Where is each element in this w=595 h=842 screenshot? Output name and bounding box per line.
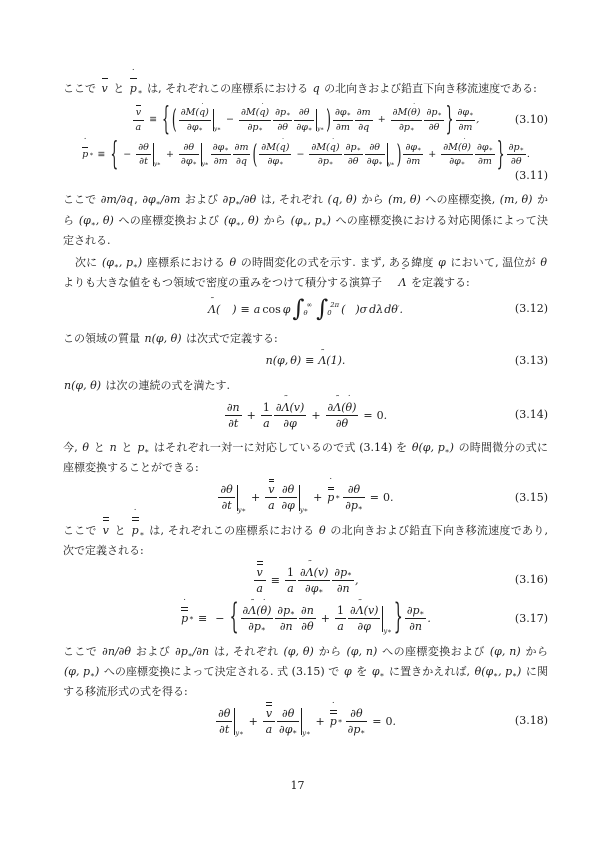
- text-run: を定義する:: [407, 276, 469, 289]
- math-symbol: ∂p: [318, 156, 329, 167]
- delimiter: }: [497, 138, 505, 170]
- math-symbol: θ: [290, 354, 297, 368]
- math-symbol: ): [327, 214, 331, 227]
- evaluation-bar-subscript: y∗: [154, 162, 161, 169]
- fraction: va: [254, 566, 266, 595]
- fraction-bar: [348, 618, 380, 619]
- fraction: ∂φ∗∂m: [333, 107, 353, 133]
- math-symbol: ∂m: [235, 142, 249, 153]
- inline-math: θ(φ∗, p∗): [475, 665, 522, 678]
- math-symbol: ∂φ: [405, 142, 417, 153]
- accent-mark: ˙: [201, 103, 205, 111]
- overbar-base: p: [327, 491, 334, 504]
- fraction-bar: [346, 721, 368, 722]
- inline-math: n(φ, θ): [64, 379, 101, 392]
- delimiter: ): [326, 107, 331, 133]
- fraction-numerator: ∂θ: [297, 107, 312, 118]
- inline-math: (φ∗, p∗): [102, 256, 142, 269]
- math-operator: =: [370, 491, 379, 505]
- paragraph: 今, θ と n と p∗ はそれぞれ一対一に対応しているので式 (3.14) …: [63, 439, 548, 476]
- fraction-denominator: ∂φ∗: [294, 122, 314, 133]
- inline-math: (φ, n): [490, 645, 521, 658]
- fraction-denominator: ∂φ: [281, 417, 298, 430]
- math-symbol: ∂t: [228, 417, 238, 430]
- text-run: は, それぞれ: [257, 193, 326, 206]
- fraction-denominator: ∂n: [278, 620, 295, 633]
- fraction-numerator: ∂Λ˜(v): [274, 401, 306, 414]
- math-symbol: φ: [283, 303, 291, 317]
- paragraph: ここで v と p˙∗ は, それぞれこの座標系における θ の北向きおよび鉛直…: [63, 522, 548, 559]
- math-symbol: a: [256, 582, 263, 595]
- fraction-denominator: a: [134, 122, 144, 133]
- equation-number: (3.12): [515, 303, 548, 317]
- math-symbol: .: [342, 354, 346, 368]
- math-operator: +: [251, 491, 260, 505]
- fraction: ∂p∗∂θ: [273, 107, 292, 133]
- math-symbol: a: [254, 303, 261, 317]
- fraction-numerator: ∂M(θ˙): [391, 107, 423, 118]
- math-symbol: θ: [230, 256, 237, 269]
- inline-math: (q, θ): [328, 193, 357, 206]
- math-symbol: ∂p: [407, 604, 420, 617]
- fraction-numerator: ∂p∗: [344, 142, 363, 153]
- evaluation-bar: y∗: [234, 708, 243, 734]
- fraction: 1a: [261, 401, 272, 430]
- inline-math: Λ˜: [387, 276, 407, 289]
- math-symbol: ∂θ: [301, 620, 313, 633]
- math-symbol: ∂p: [348, 723, 361, 736]
- integral: ∫2π0: [316, 298, 339, 321]
- subscript: ∗: [89, 151, 93, 159]
- fraction-numerator: ∂M(q˙): [309, 142, 341, 153]
- fraction-bar: [218, 497, 234, 498]
- fraction-denominator: a: [264, 723, 275, 736]
- math-symbol: ∂t: [222, 499, 232, 512]
- accent-mark: ˙: [331, 138, 335, 146]
- fraction-denominator: ∂φ∗: [303, 582, 325, 595]
- math-symbol: ∂θ: [350, 707, 362, 720]
- inline-math: p˙∗: [131, 524, 145, 537]
- equation-content: ∂n∂t+1a∂Λ˜(v)∂φ+∂Λ˜(θ˙)∂θ=0.: [224, 401, 387, 430]
- inline-math: (m, θ): [500, 193, 533, 206]
- fraction: ∂M(q˙)∂p∗: [309, 142, 341, 168]
- fraction-denominator: ∂t: [226, 417, 240, 430]
- fraction: ∂m∂q: [355, 107, 373, 133]
- fraction-bar: [279, 497, 296, 498]
- fraction-numerator: ∂M(q˙): [259, 142, 291, 153]
- subscript: ∗: [140, 529, 145, 538]
- subscript: ∗: [489, 146, 493, 153]
- fraction-denominator: ∂θ: [299, 620, 315, 633]
- fraction-numerator: ∂n: [225, 401, 242, 414]
- math-symbol: v: [103, 524, 109, 537]
- subscript: ∗: [417, 146, 421, 153]
- math-symbol: ∂p: [399, 122, 410, 133]
- math-symbol: ∂p: [275, 107, 286, 118]
- fraction-denominator: ∂p∗: [346, 723, 368, 736]
- fraction-denominator: ∂m: [476, 156, 494, 167]
- math-symbol: ∂θ: [429, 122, 440, 133]
- inline-math: v: [101, 82, 109, 95]
- math-symbol: ∂p: [509, 142, 520, 153]
- accent-mark: ˜: [358, 600, 362, 609]
- accented-symbol: Λ˜: [306, 566, 314, 579]
- fraction-bar: [216, 721, 232, 722]
- fraction-denominator: ∂n: [335, 582, 352, 595]
- overbar-line: [136, 105, 141, 106]
- math-symbol: .: [399, 303, 403, 317]
- subscript: ∗: [378, 160, 382, 167]
- fraction-denominator: a: [261, 417, 272, 430]
- fraction-numerator: ∂p∗: [424, 107, 443, 118]
- fraction-numerator: ∂θ: [280, 483, 296, 496]
- fraction-numerator: ∂φ∗: [475, 142, 495, 153]
- fraction-bar: [294, 120, 314, 121]
- fraction: ∂p∗∂n: [405, 604, 427, 633]
- math-symbol: v: [136, 107, 141, 118]
- math-symbol: p: [330, 715, 337, 728]
- equation-content: va≡1a∂Λ˜(v)∂φ∗∂p∗∂n,: [253, 566, 359, 595]
- overbar-line: [102, 78, 108, 79]
- equation-content: n(φ,θ)≡Λ˜(1).: [266, 354, 346, 368]
- math-symbol: (q, θ): [328, 193, 357, 206]
- delimiter: ): [397, 142, 402, 168]
- math-operator: +: [311, 409, 320, 423]
- overbar-term: v: [268, 483, 274, 496]
- math-symbol: p: [82, 149, 88, 160]
- math-symbol: ∂q: [236, 156, 247, 167]
- text-run: は次式で定義する:: [183, 332, 278, 345]
- inline-math: n: [110, 441, 117, 454]
- accented-symbol: Λ˜: [282, 401, 290, 414]
- math-symbol: v: [257, 566, 263, 579]
- accent-mark: ˜: [389, 269, 405, 278]
- fraction-bar: [299, 618, 316, 619]
- math-symbol: ∂θ: [277, 122, 288, 133]
- equation-number: (3.14): [515, 409, 548, 423]
- math-number: 1: [287, 566, 294, 579]
- fraction-bar: [333, 120, 353, 121]
- subscript: ∗: [138, 87, 143, 96]
- fraction-bar: [133, 120, 144, 121]
- math-symbol: /∂n: [193, 645, 209, 658]
- math-symbol: ∂θ: [282, 707, 294, 720]
- subscript: ∗: [380, 670, 385, 679]
- inline-math: θ(φ, p∗): [412, 441, 454, 454]
- subscript: ∗: [329, 160, 333, 167]
- math-symbol: ∂t: [219, 723, 229, 736]
- fraction-denominator: ∂p∗: [245, 122, 264, 133]
- math-symbol: a: [266, 723, 273, 736]
- math-symbol: p: [132, 524, 139, 537]
- fraction-denominator: ∂p∗: [397, 122, 416, 133]
- fraction-bar: [441, 154, 473, 155]
- accented-symbol: θ˙: [346, 401, 353, 414]
- fraction-bar: [355, 120, 373, 121]
- subscript: ∗: [286, 111, 290, 118]
- math-symbol: v: [102, 82, 108, 95]
- text-run: は, それぞれこの座標系における: [146, 524, 319, 537]
- text-run: は, それぞれ: [210, 645, 282, 658]
- math-symbol: q: [313, 82, 320, 95]
- text-run: から: [315, 645, 346, 658]
- overbar-term: p˙: [327, 491, 334, 505]
- text-run: よりも大きな値をもつ領域で密度の重みをつけて積分する演算子: [63, 276, 386, 289]
- overbar-line: [266, 702, 272, 703]
- fraction-denominator: ∂m: [456, 122, 474, 133]
- text-run: を: [353, 665, 371, 678]
- text-run: ここで: [63, 193, 100, 206]
- fraction: ∂φ∗∂m: [211, 142, 231, 168]
- subscript: ∗: [318, 587, 323, 596]
- text-run: は, それぞれこの座標系における: [144, 82, 312, 95]
- inline-math: ∂φ∗/∂m: [142, 193, 180, 206]
- fraction-numerator: ∂p∗: [507, 142, 526, 153]
- dot-accent: ˙: [133, 510, 138, 519]
- equation: p˙∗≡{−∂θ∂ty∗+∂θ∂φ∗y∗∂φ∗∂m∂m∂q(∂M(q˙)∂φ∗−…: [63, 142, 548, 183]
- overbar-base: p: [82, 149, 88, 160]
- math-symbol: ∂θ: [138, 142, 149, 153]
- math-symbol: p: [130, 82, 137, 95]
- text-run: 座標系における: [143, 256, 228, 269]
- math-symbol: ,: [355, 574, 359, 588]
- math-symbol: .: [390, 491, 394, 505]
- overbar-term: p˙: [330, 715, 337, 729]
- fraction-bar: [233, 154, 251, 155]
- inline-math: ∂p∗/∂n: [175, 645, 209, 658]
- fraction-numerator: ∂φ∗: [333, 107, 353, 118]
- subscript: ∗: [358, 504, 363, 513]
- math-symbol: ): [286, 142, 290, 153]
- fraction: ∂Λ˜(θ˙)∂p∗: [241, 604, 274, 633]
- fraction-denominator: ∂θ: [427, 122, 442, 133]
- paragraph: ここで ∂n/∂θ および ∂p∗/∂n は, それぞれ (φ, θ) から (…: [63, 643, 548, 700]
- math-symbol: (φ: [102, 256, 114, 269]
- math-symbol: v: [268, 483, 274, 496]
- fraction-denominator: ∂m: [334, 122, 352, 133]
- subscript: ∗: [279, 160, 283, 167]
- math-symbol: ∂θ: [282, 483, 294, 496]
- math-symbol: ∂θ: [220, 483, 232, 496]
- fraction-denominator: ∂φ: [279, 499, 296, 512]
- fraction-bar: [241, 618, 274, 619]
- equation: n(φ,θ)≡Λ˜(1).(3.13): [63, 354, 548, 368]
- accent-mark: ˜: [335, 396, 339, 405]
- fraction-denominator: ∂m: [212, 156, 230, 167]
- math-symbol: ∂θ: [336, 417, 348, 430]
- math-symbol: ∂φ: [358, 620, 371, 633]
- fraction-denominator: ∂p∗: [316, 156, 335, 167]
- math-symbol: ∂φ: [283, 417, 296, 430]
- math-operator: +: [378, 114, 386, 126]
- paragraph: ここで ∂m/∂q, ∂φ∗/∂m および ∂p∗/∂θ は, それぞれ (q,…: [63, 191, 548, 248]
- fraction: ∂Λ˜(v)∂φ: [348, 604, 380, 633]
- math-symbol: ∂M(: [443, 142, 461, 153]
- inline-math: v: [102, 524, 110, 537]
- fraction-denominator: ∂t: [217, 723, 231, 736]
- fraction-denominator: ∂φ∗: [277, 723, 299, 736]
- fraction-numerator: ∂φ∗: [403, 142, 423, 153]
- math-symbol: (φ, θ): [283, 645, 313, 658]
- text-run: と: [90, 441, 109, 454]
- accent-mark: ˜: [210, 298, 214, 307]
- math-symbol: ): [267, 604, 271, 617]
- fraction-numerator: v: [254, 566, 266, 579]
- math-symbol: φ: [277, 354, 285, 368]
- paragraph: この領域の質量 n(φ, θ) は次式で定義する:: [63, 330, 548, 347]
- overbar-base: p: [181, 612, 188, 625]
- math-symbol: n(φ, θ): [64, 379, 101, 392]
- math-symbol: v: [266, 707, 272, 720]
- math-symbol: φ: [344, 665, 352, 678]
- overbar-line: [181, 610, 188, 611]
- subscript: ∗: [520, 146, 524, 153]
- subscript: ∗: [144, 446, 149, 455]
- math-symbol: ∂θ: [348, 156, 359, 167]
- fraction-numerator: v: [263, 707, 275, 720]
- fraction-bar: [335, 618, 346, 619]
- fraction-numerator: ∂Λ˜(θ˙): [326, 401, 359, 414]
- equation-number: (3.16): [515, 574, 548, 588]
- overbar-base: p: [130, 82, 137, 95]
- math-operator: +: [249, 715, 258, 729]
- fraction: ∂p∗∂θ: [507, 142, 526, 168]
- overbar-line: [103, 520, 109, 521]
- accent-mark: ˙: [262, 600, 266, 609]
- math-operator: ≡: [198, 612, 207, 626]
- equation-number: (3.10): [515, 113, 548, 127]
- evaluation-bar: y∗: [301, 708, 310, 734]
- math-symbol: ∂n: [337, 582, 350, 595]
- evaluation-bar-subscript: y∗: [317, 127, 324, 134]
- subscript: ∗: [360, 728, 365, 737]
- fraction-denominator: ∂φ∗: [365, 156, 385, 167]
- math-symbol: ∂φ: [181, 156, 193, 167]
- math-symbol: ∂θ: [183, 142, 194, 153]
- math-symbol: ∂p: [334, 566, 347, 579]
- fraction: ∂θ∂φ∗: [277, 707, 299, 736]
- math-symbol: ∂p: [248, 620, 261, 633]
- math-symbol: ∂M(: [261, 142, 279, 153]
- overbar-line: [328, 489, 335, 490]
- math-operator: −: [296, 149, 304, 161]
- fraction: ∂φ∗∂m: [456, 107, 476, 133]
- subscript: ∗: [292, 728, 297, 737]
- subscript: ∗: [469, 111, 473, 118]
- equation-content: p˙∗≡−{∂Λ˜(θ˙)∂p∗∂p∗∂n∂n∂θ+1a∂Λ˜(v)∂φy∗}∂…: [180, 604, 431, 633]
- text-run: に置きかえれば,: [385, 665, 473, 678]
- math-symbol: θ(φ: [475, 665, 494, 678]
- fraction-bar: [259, 154, 291, 155]
- fraction-denominator: ∂q: [234, 156, 249, 167]
- math-number: 0: [377, 409, 384, 423]
- fraction-denominator: ∂φ∗: [265, 156, 285, 167]
- fraction-numerator: ∂θ: [367, 142, 382, 153]
- text-run: への座標変換および: [115, 214, 223, 227]
- fraction: va: [133, 107, 144, 133]
- integral-lower-bound: 0: [327, 309, 331, 318]
- subscript: ∗: [347, 111, 351, 118]
- math-symbol: ,: [285, 354, 289, 368]
- equation: Λ˜()≡acosφ∫∞θ∫2π0()σdλdθ′.(3.12): [63, 298, 548, 321]
- fraction-numerator: ∂θ: [136, 142, 151, 153]
- fraction-numerator: ∂θ: [181, 142, 196, 153]
- math-symbol: ∂θ: [369, 142, 380, 153]
- math-symbol: (φ: [79, 214, 91, 227]
- integral-upper-bound: ∞: [307, 301, 313, 310]
- fraction: ∂n∂θ: [299, 604, 316, 633]
- overbar-base: v: [103, 524, 109, 537]
- delimiter: {: [110, 138, 118, 170]
- math-symbol: ∂n: [280, 620, 293, 633]
- math-symbol: ∂φ: [213, 142, 225, 153]
- math-symbol: ∂θ: [511, 156, 522, 167]
- fraction-denominator: ∂m: [404, 156, 422, 167]
- math-symbol: ): [297, 354, 301, 368]
- fraction-numerator: 1: [335, 604, 346, 617]
- fraction-denominator: ∂p∗: [343, 499, 365, 512]
- text-run: の北向きおよび鉛直下向き移流速度である:: [321, 82, 537, 95]
- math-symbol: n(φ, θ): [145, 332, 182, 345]
- equation: p˙∗≡−{∂Λ˜(θ˙)∂p∗∂p∗∂n∂n∂θ+1a∂Λ˜(v)∂φy∗}∂…: [63, 604, 548, 633]
- fraction: ∂M(θ˙)∂φ∗: [441, 142, 473, 168]
- math-symbol: ∂p: [426, 107, 437, 118]
- text-run: から: [522, 645, 548, 658]
- math-symbol: .: [392, 715, 396, 729]
- subscript: ∗: [261, 625, 266, 634]
- math-symbol: a: [263, 417, 270, 430]
- inline-math: ∂m/∂q: [101, 193, 134, 206]
- fraction-bar: [405, 618, 427, 619]
- evaluation-bar-subscript: y∗: [238, 506, 246, 514]
- accented-symbol: q˙: [330, 142, 336, 153]
- overbar-line: [330, 713, 337, 714]
- math-symbol: ∂p: [277, 604, 290, 617]
- subscript: ∗: [224, 146, 228, 153]
- fraction-bar: [277, 721, 299, 722]
- math-symbol: ∂φ: [477, 142, 489, 153]
- math-symbol: (φ, p: [64, 665, 90, 678]
- math-operator: +: [166, 149, 174, 161]
- fraction-numerator: v: [265, 483, 277, 496]
- inline-math: θ: [319, 524, 326, 537]
- delimiter: (: [172, 107, 177, 133]
- inline-math: (φ∗, θ): [224, 214, 259, 227]
- math-symbol: ,: [476, 114, 479, 126]
- math-symbol: ∂M(: [181, 107, 199, 118]
- fraction-denominator: a: [254, 582, 265, 595]
- math-symbol: ∂n/∂θ: [102, 645, 131, 658]
- equation-content: ∂θ∂ty∗+va∂θ∂φ∗y∗+p˙∗∂θ∂p∗=0.: [215, 707, 396, 736]
- fraction: ∂θ∂φ: [279, 483, 296, 512]
- math-symbol: (φ, n): [490, 645, 521, 658]
- math-symbol: (v): [364, 604, 379, 617]
- delimiter: }: [394, 601, 403, 635]
- fraction-denominator: a: [266, 499, 277, 512]
- text-run: への座標変換によって決定される. 式 (3.15) で: [100, 665, 343, 678]
- math-symbol: ∂φ: [142, 193, 155, 206]
- text-run: ,: [134, 193, 141, 206]
- subscript: ∗: [357, 146, 361, 153]
- accent-mark: ˜: [284, 396, 288, 405]
- integral-upper-bound: 2π: [330, 301, 339, 310]
- math-symbol: φ: [372, 665, 380, 678]
- fraction: ∂p∗∂n: [332, 566, 354, 595]
- text-run: この領域の質量: [63, 332, 144, 345]
- fraction-bar: [239, 120, 271, 121]
- page-content: ここで v と p˙∗ は, それぞれこの座標系における q の北向きおよび鉛直…: [63, 80, 548, 745]
- equation-number: (3.18): [515, 715, 548, 729]
